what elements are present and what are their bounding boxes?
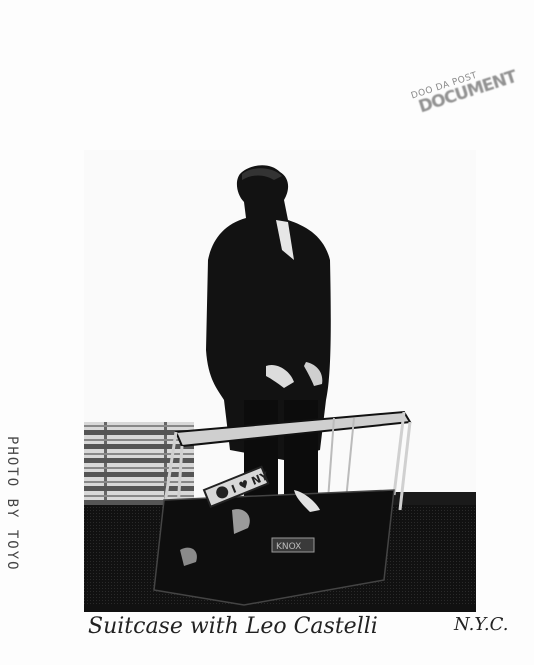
svg-text:KNOX: KNOX	[276, 542, 301, 552]
postage-stamp: DOO DA POST DOCUMENT	[410, 59, 519, 118]
caption-location: N.Y.C.	[454, 614, 508, 635]
photograph-image: I ♥ NY KNOX	[84, 150, 476, 612]
photograph: I ♥ NY KNOX	[84, 150, 476, 612]
handwritten-caption: Suitcase with Leo Castelli N.Y.C.	[88, 614, 528, 650]
photo-credit-text: PHOTO BY TOYO	[4, 436, 20, 572]
document-page: DOO DA POST DOCUMENT	[0, 0, 534, 665]
photo-credit: PHOTO BY TOYO	[4, 436, 28, 606]
caption-title: Suitcase with Leo Castelli	[88, 614, 378, 639]
